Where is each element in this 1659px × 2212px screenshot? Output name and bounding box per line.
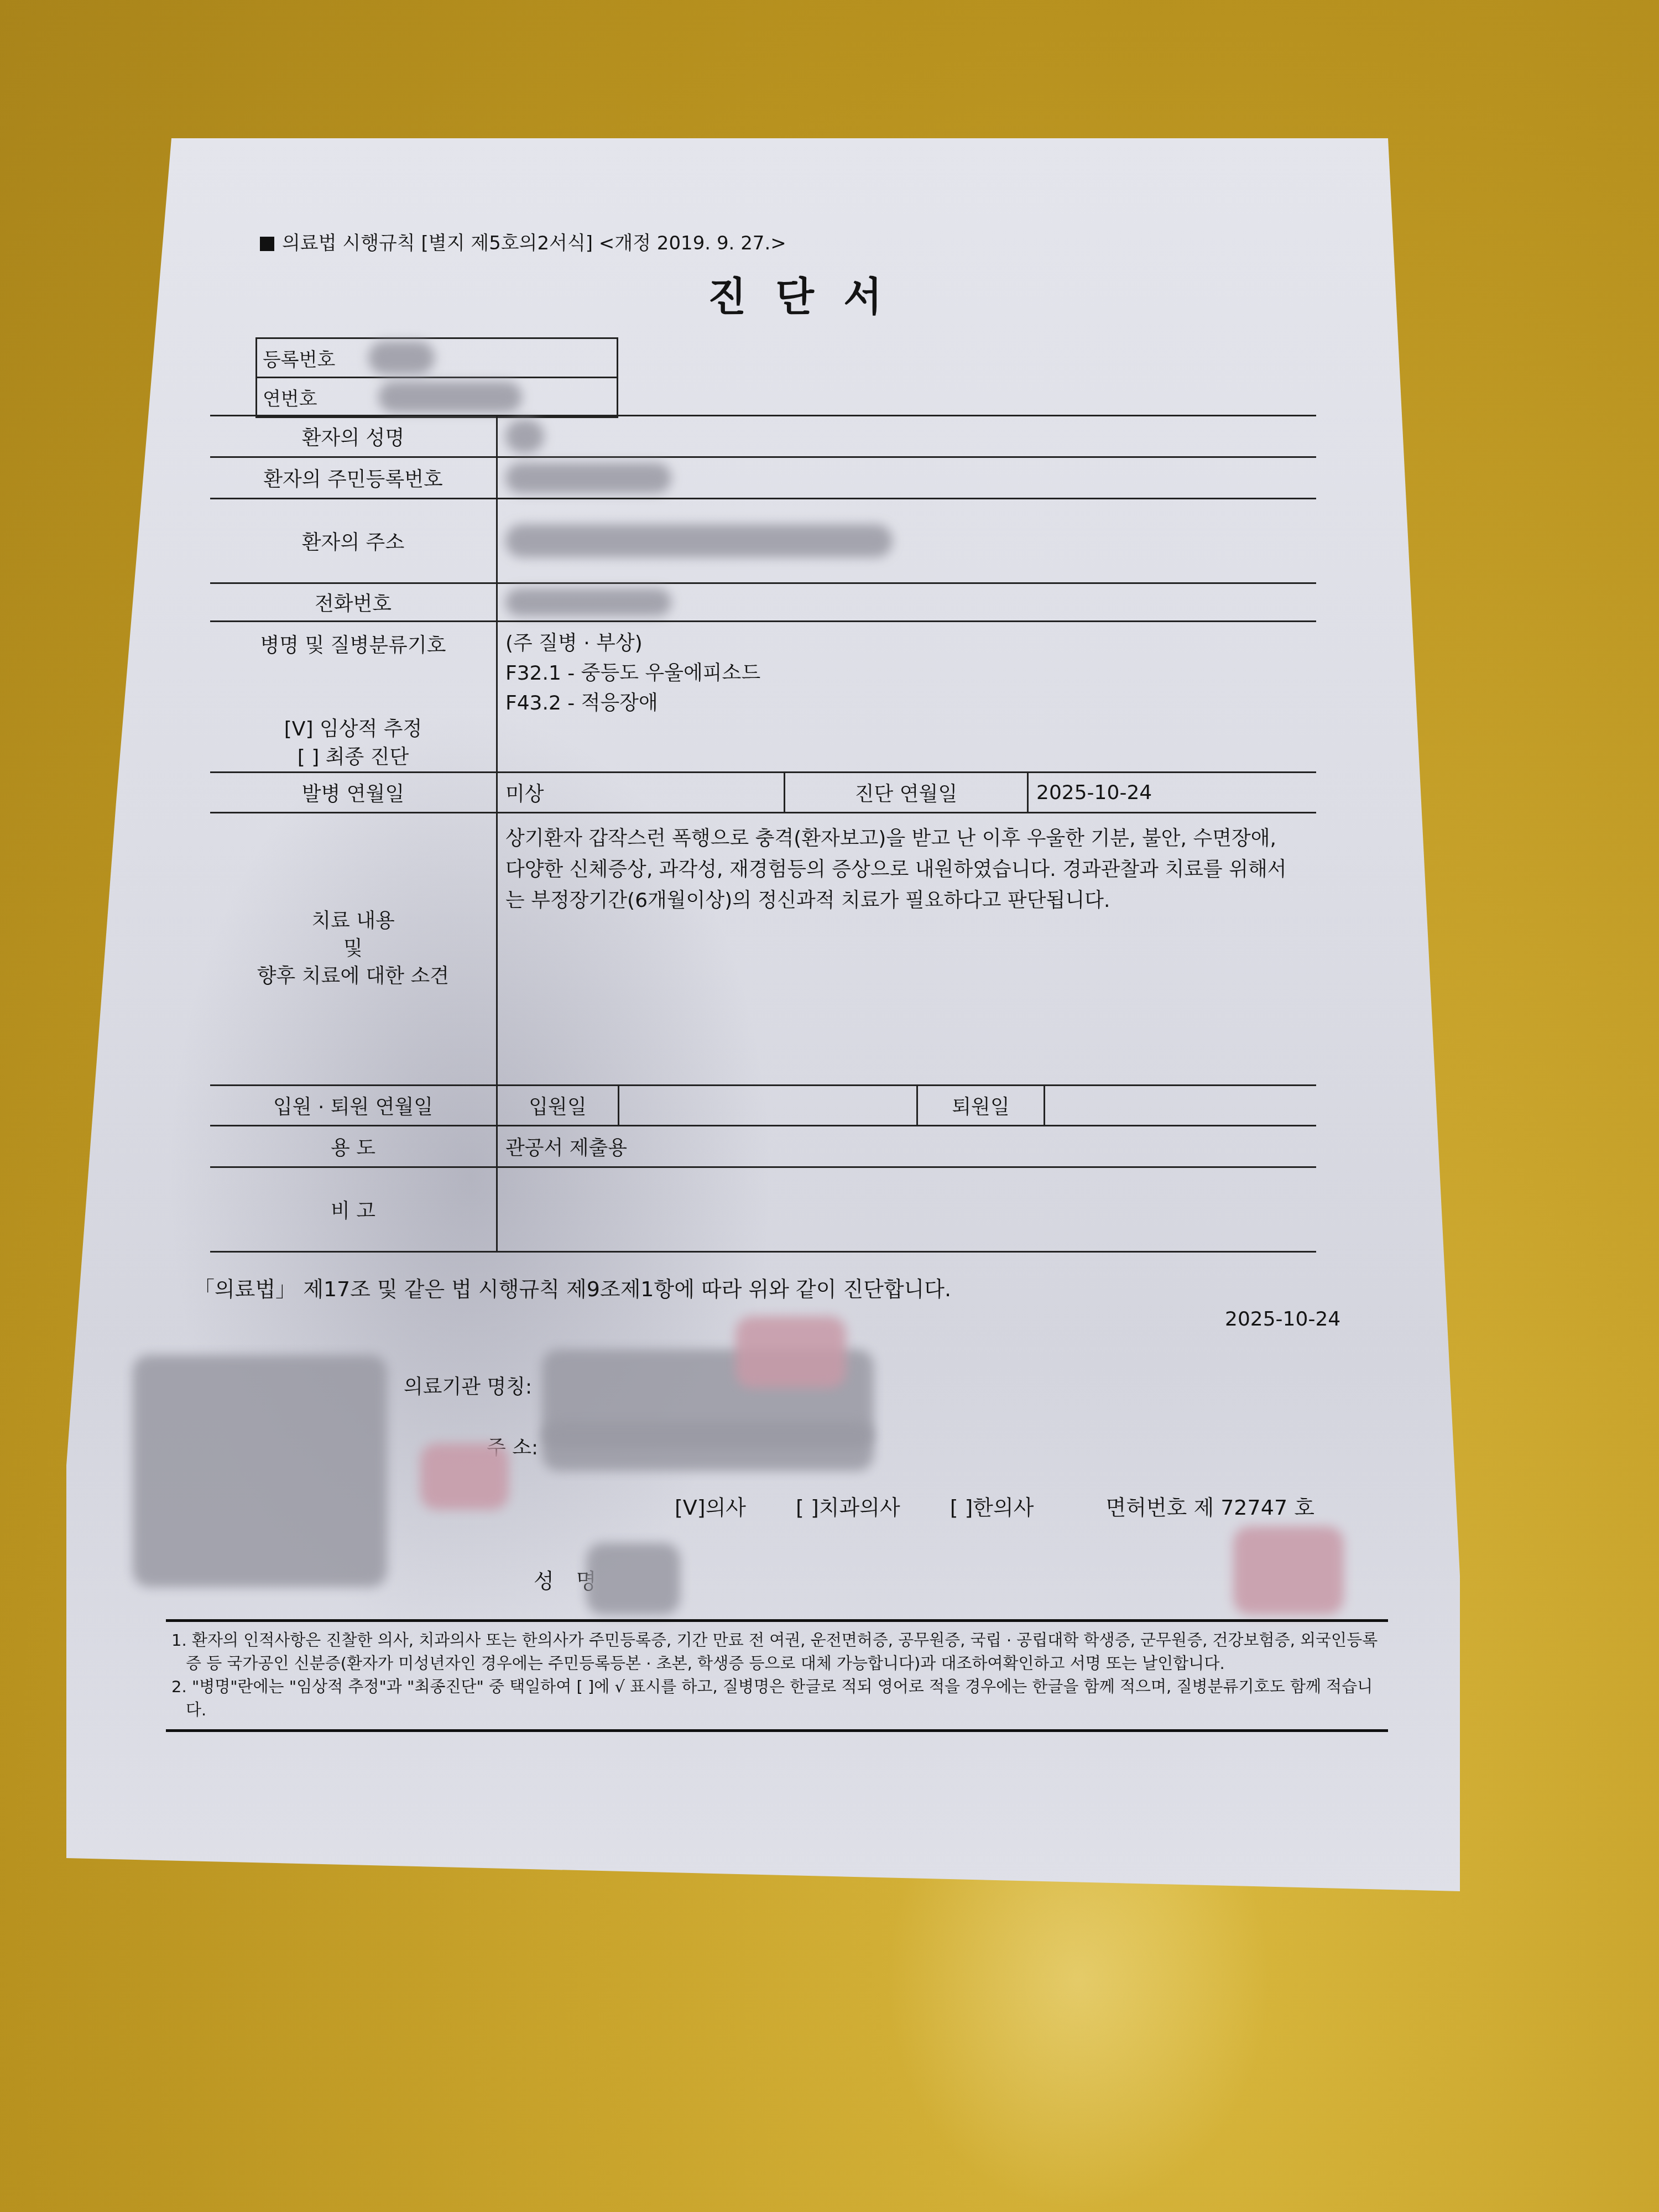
patient-rrn-label: 환자의 주민등록번호 [210,458,498,498]
registration-box: 등록번호 연번호 [255,337,618,418]
clinical-estimate-checkbox: [V] 임상적 추정 [284,713,422,742]
serial-no-label: 연번호 [263,384,317,411]
row-admission: 입원 · 퇴원 연월일 입원일 퇴원일 [210,1084,1316,1125]
legal-statement: 「의료법」 제17조 및 같은 법 시행규칙 제9조제1항에 따라 위와 같이 … [194,1272,951,1302]
patient-phone-label: 전화번호 [210,584,498,620]
oriental-doctor-checkbox: [ ]한의사 [950,1490,1034,1521]
row-diagnosis: 병명 및 질병분류기호 [V] 임상적 추정 [ ] 최종 진단 (주 질병 ·… [210,620,1316,771]
serial-no-row: 연번호 [257,378,617,416]
row-patient-name: 환자의 성명 [210,415,1316,456]
diagnosis-label: 병명 및 질병분류기호 [260,630,446,658]
form-meta-text: 의료법 시행규칙 [별지 제5호의2서식] <개정 2019. 9. 27.> [282,232,786,254]
patient-address-label: 환자의 주소 [210,499,498,582]
row-remarks: 비 고 [210,1166,1316,1251]
remarks-value [498,1168,1316,1251]
row-patient-rrn: 환자의 주민등록번호 [210,456,1316,498]
redacted-doctor-seal [1233,1526,1344,1615]
row-onset: 발병 연월일 미상 진단 연월일 2025-10-24 [210,771,1316,812]
practitioner-type-row: [V]의사 [ ]치과의사 [ ]한의사 면허번호 제 72747 호 [675,1490,1314,1521]
admit-date-label: 입원일 [498,1086,619,1125]
redacted-patient-phone [505,588,671,616]
redacted-institution-address [542,1421,874,1471]
footnotes: 1. 환자의 인적사항은 진찰한 의사, 치과의사 또는 한의사가 주민등록증,… [166,1619,1388,1732]
purpose-value: 관공서 제출용 [498,1126,1316,1166]
diagnosis-date-value: 2025-10-24 [1029,773,1316,812]
reg-no-label: 등록번호 [263,345,335,372]
admission-label: 입원 · 퇴원 연월일 [210,1086,498,1125]
treatment-label-line: 치료 내용 [311,907,395,935]
treatment-label: 치료 내용 및 향후 치료에 대한 소견 [210,813,498,1084]
redacted-reg-no [368,341,435,374]
reg-no-row: 등록번호 [257,339,617,378]
row-treatment: 치료 내용 및 향후 치료에 대한 소견 상기환자 갑작스런 폭행으로 충격(환… [210,812,1316,1084]
redacted-patient-rrn [505,463,671,493]
diagnosis-label-cell: 병명 및 질병분류기호 [V] 임상적 추정 [ ] 최종 진단 [210,622,498,771]
discharge-date-label: 퇴원일 [918,1086,1045,1125]
redacted-serial-no [378,382,522,413]
row-patient-address: 환자의 주소 [210,498,1316,582]
onset-label: 발병 연월일 [210,773,498,812]
license-number: 면허번호 제 72747 호 [1105,1490,1314,1521]
redacted-patient-name [505,420,544,453]
doctor-checkbox: [V]의사 [675,1490,746,1521]
redacted-doctor-name [586,1543,680,1615]
table-bottom-border [210,1251,1316,1253]
row-patient-phone: 전화번호 [210,582,1316,620]
diagnosis-item: F43.2 - 적응장애 [505,688,658,718]
redacted-left-region [133,1355,387,1587]
redacted-patient-address [505,524,893,557]
onset-value: 미상 [498,773,785,812]
treatment-label-line: 및 [343,935,363,963]
document-title: 진 단 서 [708,264,890,322]
admit-date-value [619,1086,918,1125]
diagnosis-content: (주 질병 · 부상) F32.1 - 중등도 우울에피소드 F43.2 - 적… [498,622,1316,771]
remarks-label: 비 고 [210,1168,498,1251]
diagnosis-date-label: 진단 연월일 [785,773,1029,812]
form-meta: 의료법 시행규칙 [별지 제5호의2서식] <개정 2019. 9. 27.> [260,228,786,255]
diagnosis-item: F32.1 - 중등도 우울에피소드 [505,659,760,688]
diagnosis-header: (주 질병 · 부상) [505,629,643,659]
institution-label: 의료기관 명칭: [404,1371,532,1400]
square-bullet-icon [260,237,274,251]
issue-date: 2025-10-24 [1225,1308,1340,1331]
final-diagnosis-checkbox: [ ] 최종 진단 [298,742,409,770]
patient-name-label: 환자의 성명 [210,416,498,456]
dentist-checkbox: [ ]치과의사 [796,1490,900,1521]
purpose-label: 용 도 [210,1126,498,1166]
discharge-date-value [1045,1086,1316,1125]
certificate-table: 환자의 성명 환자의 주민등록번호 환자의 주소 전화번호 병명 및 질병분류기… [210,415,1316,1253]
row-purpose: 용 도 관공서 제출용 [210,1125,1316,1166]
footnote-item: 2. "병명"란에는 "임상적 추정"과 "최종진단" 중 택일하여 [ ]에 … [171,1675,1383,1721]
footnote-item: 1. 환자의 인적사항은 진찰한 의사, 치과의사 또는 한의사가 주민등록증,… [171,1629,1383,1675]
treatment-opinion-text: 상기환자 갑작스런 폭행으로 충격(환자보고)을 받고 난 이후 우울한 기분,… [498,813,1316,1084]
redacted-seal [735,1316,846,1388]
redacted-stamp-left [420,1443,509,1510]
treatment-label-line: 향후 치료에 대한 소견 [257,963,449,990]
